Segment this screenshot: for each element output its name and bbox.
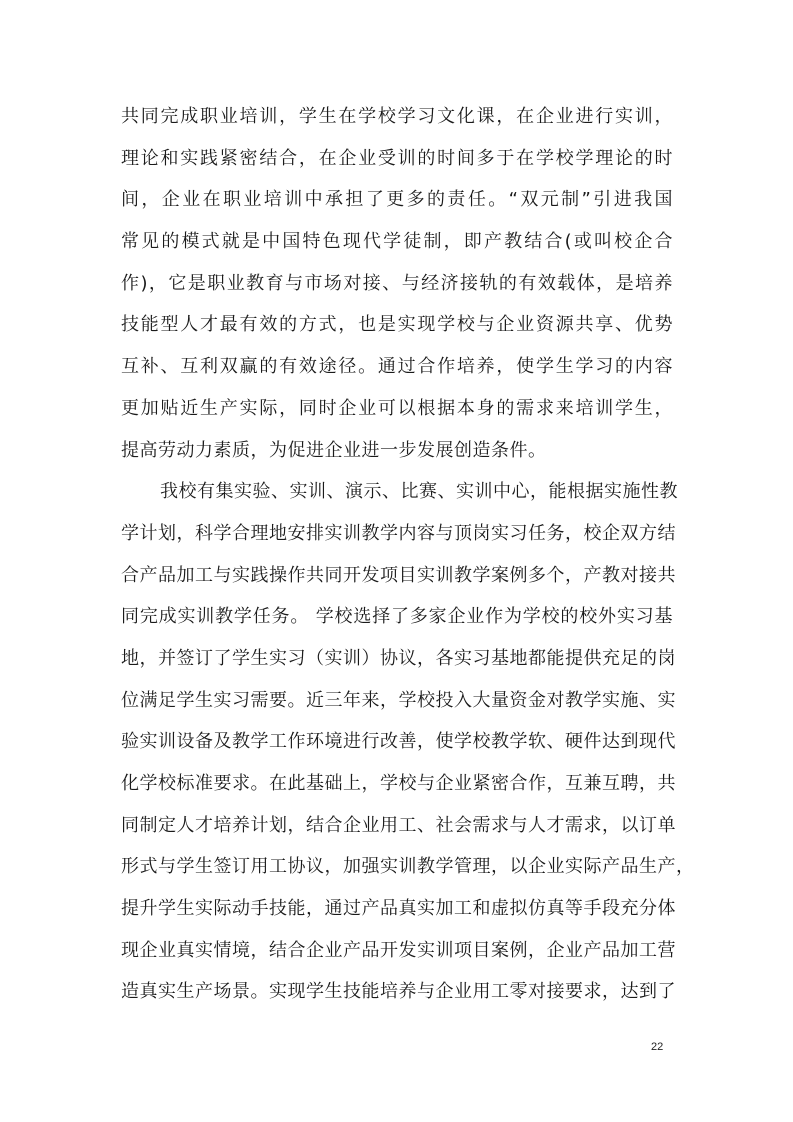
text-line: 学计划，科学合理地安排实训教学内容与顶岗实习任务，校企双方结 bbox=[121, 513, 673, 555]
body-text: 共同完成职业培训，学生在学校学习文化课，在企业进行实训， 理论和实践紧密结合，在… bbox=[121, 96, 673, 1013]
text-line: 化学校标准要求。在此基础上，学校与企业紧密合作，互兼互聘，共 bbox=[121, 763, 673, 805]
text-line: 常见的模式就是中国特色现代学徒制，即产教结合(或叫校企合 bbox=[121, 221, 673, 263]
text-line: 提高劳动力素质，为促进企业进一步发展创造条件。 bbox=[121, 430, 673, 472]
text-line: 同制定人才培养计划，结合企业用工、社会需求与人才需求，以订单 bbox=[121, 805, 673, 847]
page-number: 22 bbox=[651, 1041, 663, 1053]
text-line: 合产品加工与实践操作共同开发项目实训教学案例多个，产教对接共 bbox=[121, 555, 673, 597]
text-line: 更加贴近生产实际，同时企业可以根据本身的需求来培训学生， bbox=[121, 388, 673, 430]
text-line: 形式与学生签订用工协议，加强实训教学管理，以企业实际产品生产， bbox=[121, 846, 673, 888]
text-line: 作)，它是职业教育与市场对接、与经济接轨的有效载体，是培养 bbox=[121, 263, 673, 305]
text-line: 验实训设备及教学工作环境进行改善，使学校教学软、硬件达到现代 bbox=[121, 721, 673, 763]
text-line: 地，并签订了学生实习（实训）协议，各实习基地都能提供充足的岗 bbox=[121, 638, 673, 680]
document-page: 共同完成职业培训，学生在学校学习文化课，在企业进行实训， 理论和实践紧密结合，在… bbox=[0, 0, 793, 1122]
text-line: 我校有集实验、实训、演示、比赛、实训中心，能根据实施性教 bbox=[121, 471, 673, 513]
text-line: 同完成实训教学任务。 学校选择了多家企业作为学校的校外实习基 bbox=[121, 596, 673, 638]
text-line: 间，企业在职业培训中承担了更多的责任。“双元制”引进我国 bbox=[121, 179, 673, 221]
text-line: 位满足学生实习需要。近三年来，学校投入大量资金对教学实施、实 bbox=[121, 680, 673, 722]
text-line: 提升学生实际动手技能，通过产品真实加工和虚拟仿真等手段充分体 bbox=[121, 888, 673, 930]
text-line: 造真实生产场景。实现学生技能培养与企业用工零对接要求，达到了 bbox=[121, 971, 673, 1013]
text-line: 现企业真实情境，结合企业产品开发实训项目案例，企业产品加工营 bbox=[121, 930, 673, 972]
text-line: 理论和实践紧密结合，在企业受训的时间多于在学校学理论的时 bbox=[121, 138, 673, 180]
text-line: 共同完成职业培训，学生在学校学习文化课，在企业进行实训， bbox=[121, 96, 673, 138]
text-line: 技能型人才最有效的方式，也是实现学校与企业资源共享、优势 bbox=[121, 304, 673, 346]
text-line: 互补、互利双赢的有效途径。通过合作培养，使学生学习的内容 bbox=[121, 346, 673, 388]
